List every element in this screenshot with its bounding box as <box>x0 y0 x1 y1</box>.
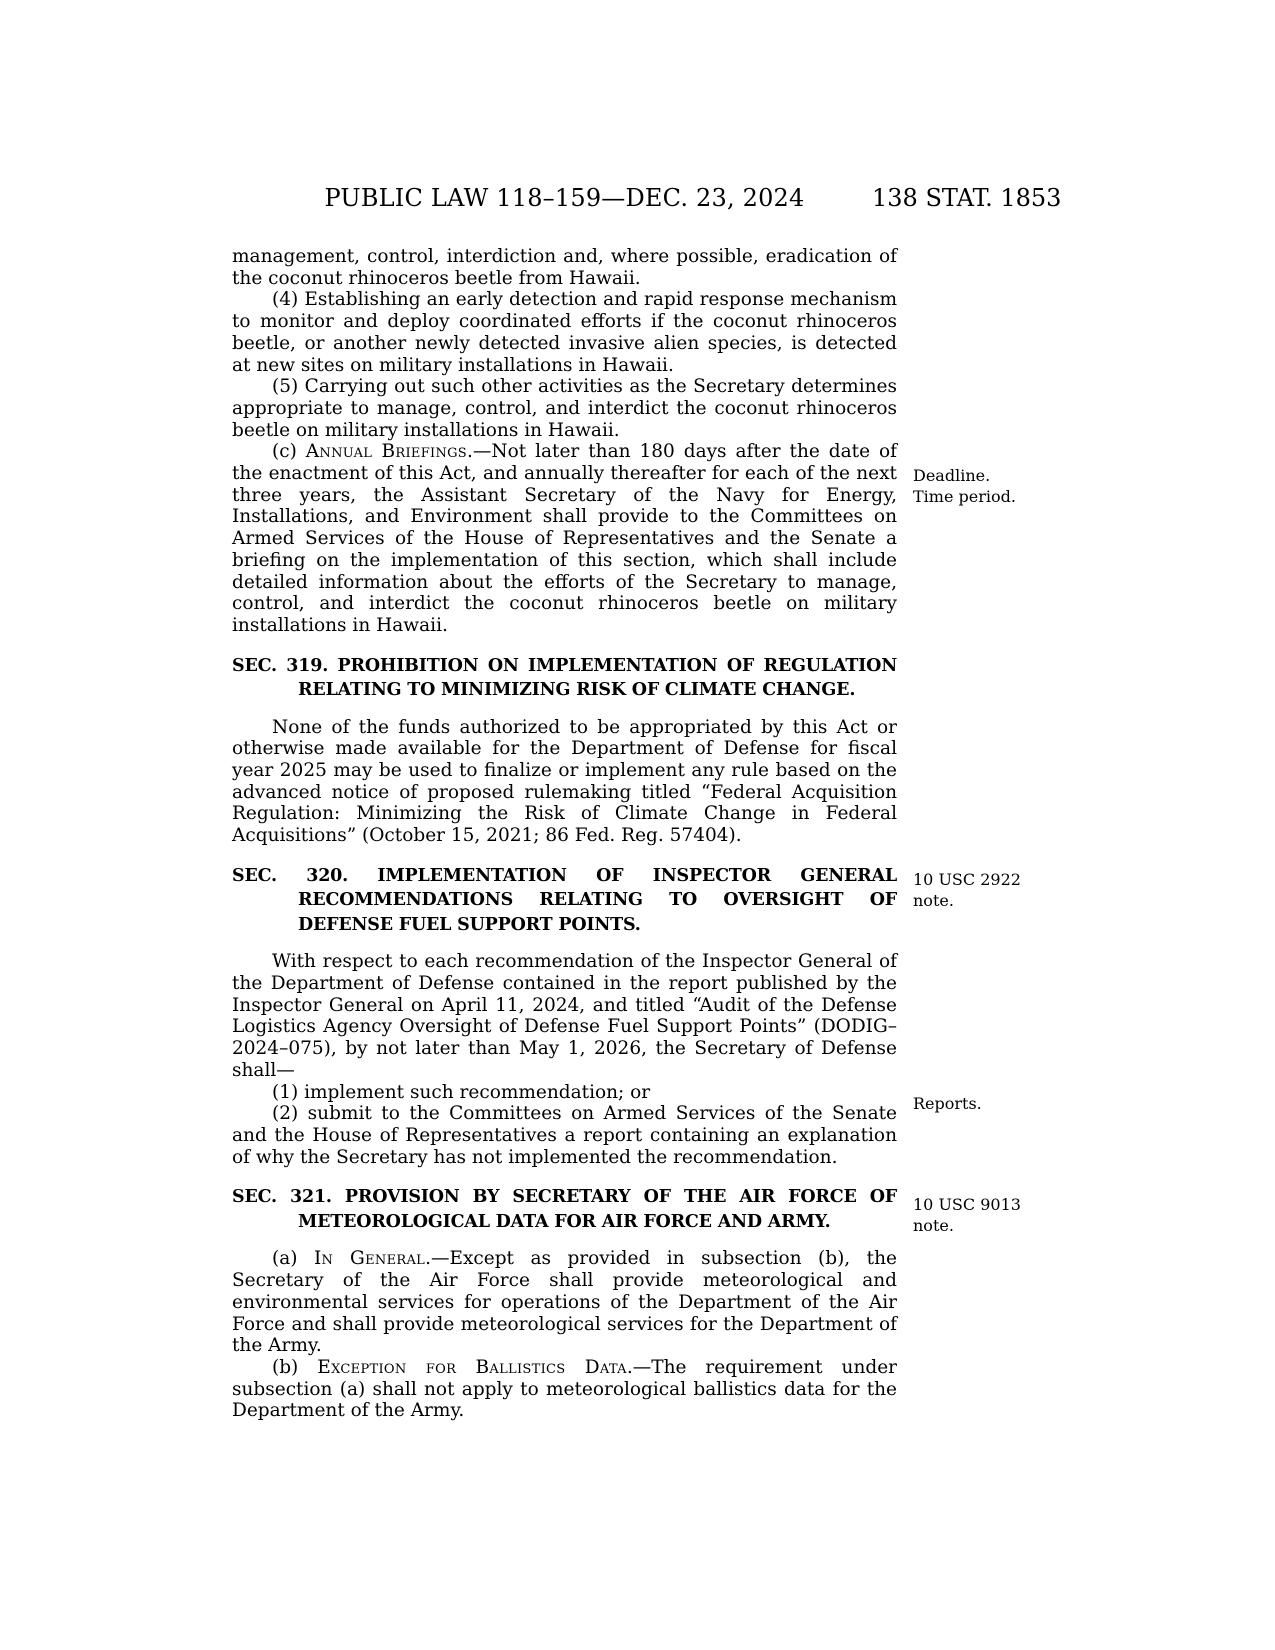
margin-note-10-usc-2922: 10 USC 2922 note. <box>913 869 1063 911</box>
page-header-stat-number: 138 STAT. 1853 <box>872 185 1061 211</box>
statute-page: PUBLIC LAW 118–159—DEC. 23, 2024 138 STA… <box>0 0 1275 1650</box>
subsection-a-label: (a) <box>272 1248 314 1269</box>
margin-note-reports: Reports. <box>913 1093 1063 1114</box>
margin-note-10-usc-9013: 10 USC 9013 note. <box>913 1194 1063 1236</box>
subsection-c-annual-briefings: (c) Annual Briefings.—Not later than 180… <box>232 441 897 636</box>
section-321-heading: SEC. 321. PROVISION BY SECRETARY OF THE … <box>232 1185 897 1234</box>
statute-text-column: management, control, interdiction and, w… <box>232 246 897 1422</box>
paragraph-5: (5) Carrying out such other activities a… <box>232 376 897 441</box>
section-320-paragraph-2: (2) submit to the Committees on Armed Se… <box>232 1103 897 1168</box>
page-header-law-title: PUBLIC LAW 118–159—DEC. 23, 2024 <box>232 185 897 211</box>
subsection-a-smallcaps-title: In General <box>314 1248 425 1269</box>
paragraph-4: (4) Establishing an early detection and … <box>232 289 897 376</box>
subsection-b-smallcaps-title: Exception for Ballistics Data <box>317 1357 627 1378</box>
subsection-b-label: (b) <box>272 1357 317 1378</box>
paragraph-3-continuation: management, control, interdiction and, w… <box>232 246 897 289</box>
subsection-c-text: .—Not later than 180 days after the date… <box>232 441 897 636</box>
section-320-text: With respect to each recommendation of t… <box>232 951 897 1081</box>
margin-note-deadline-time-period: Deadline. Time period. <box>913 465 1063 507</box>
section-320-paragraph-1: (1) implement such recommendation; or <box>232 1082 897 1104</box>
section-320-heading: SEC. 320. IMPLEMENTATION OF INSPECTOR GE… <box>232 864 897 938</box>
subsection-c-label: (c) <box>272 441 306 462</box>
section-319-text: None of the funds authorized to be appro… <box>232 717 897 847</box>
section-319-heading: SEC. 319. PROHIBITION ON IMPLEMENTATION … <box>232 654 897 703</box>
subsection-b-exception-ballistics: (b) Exception for Ballistics Data.—The r… <box>232 1357 897 1422</box>
subsection-c-smallcaps-title: Annual Briefings <box>306 441 467 462</box>
subsection-a-in-general: (a) In General.—Except as provided in su… <box>232 1248 897 1357</box>
